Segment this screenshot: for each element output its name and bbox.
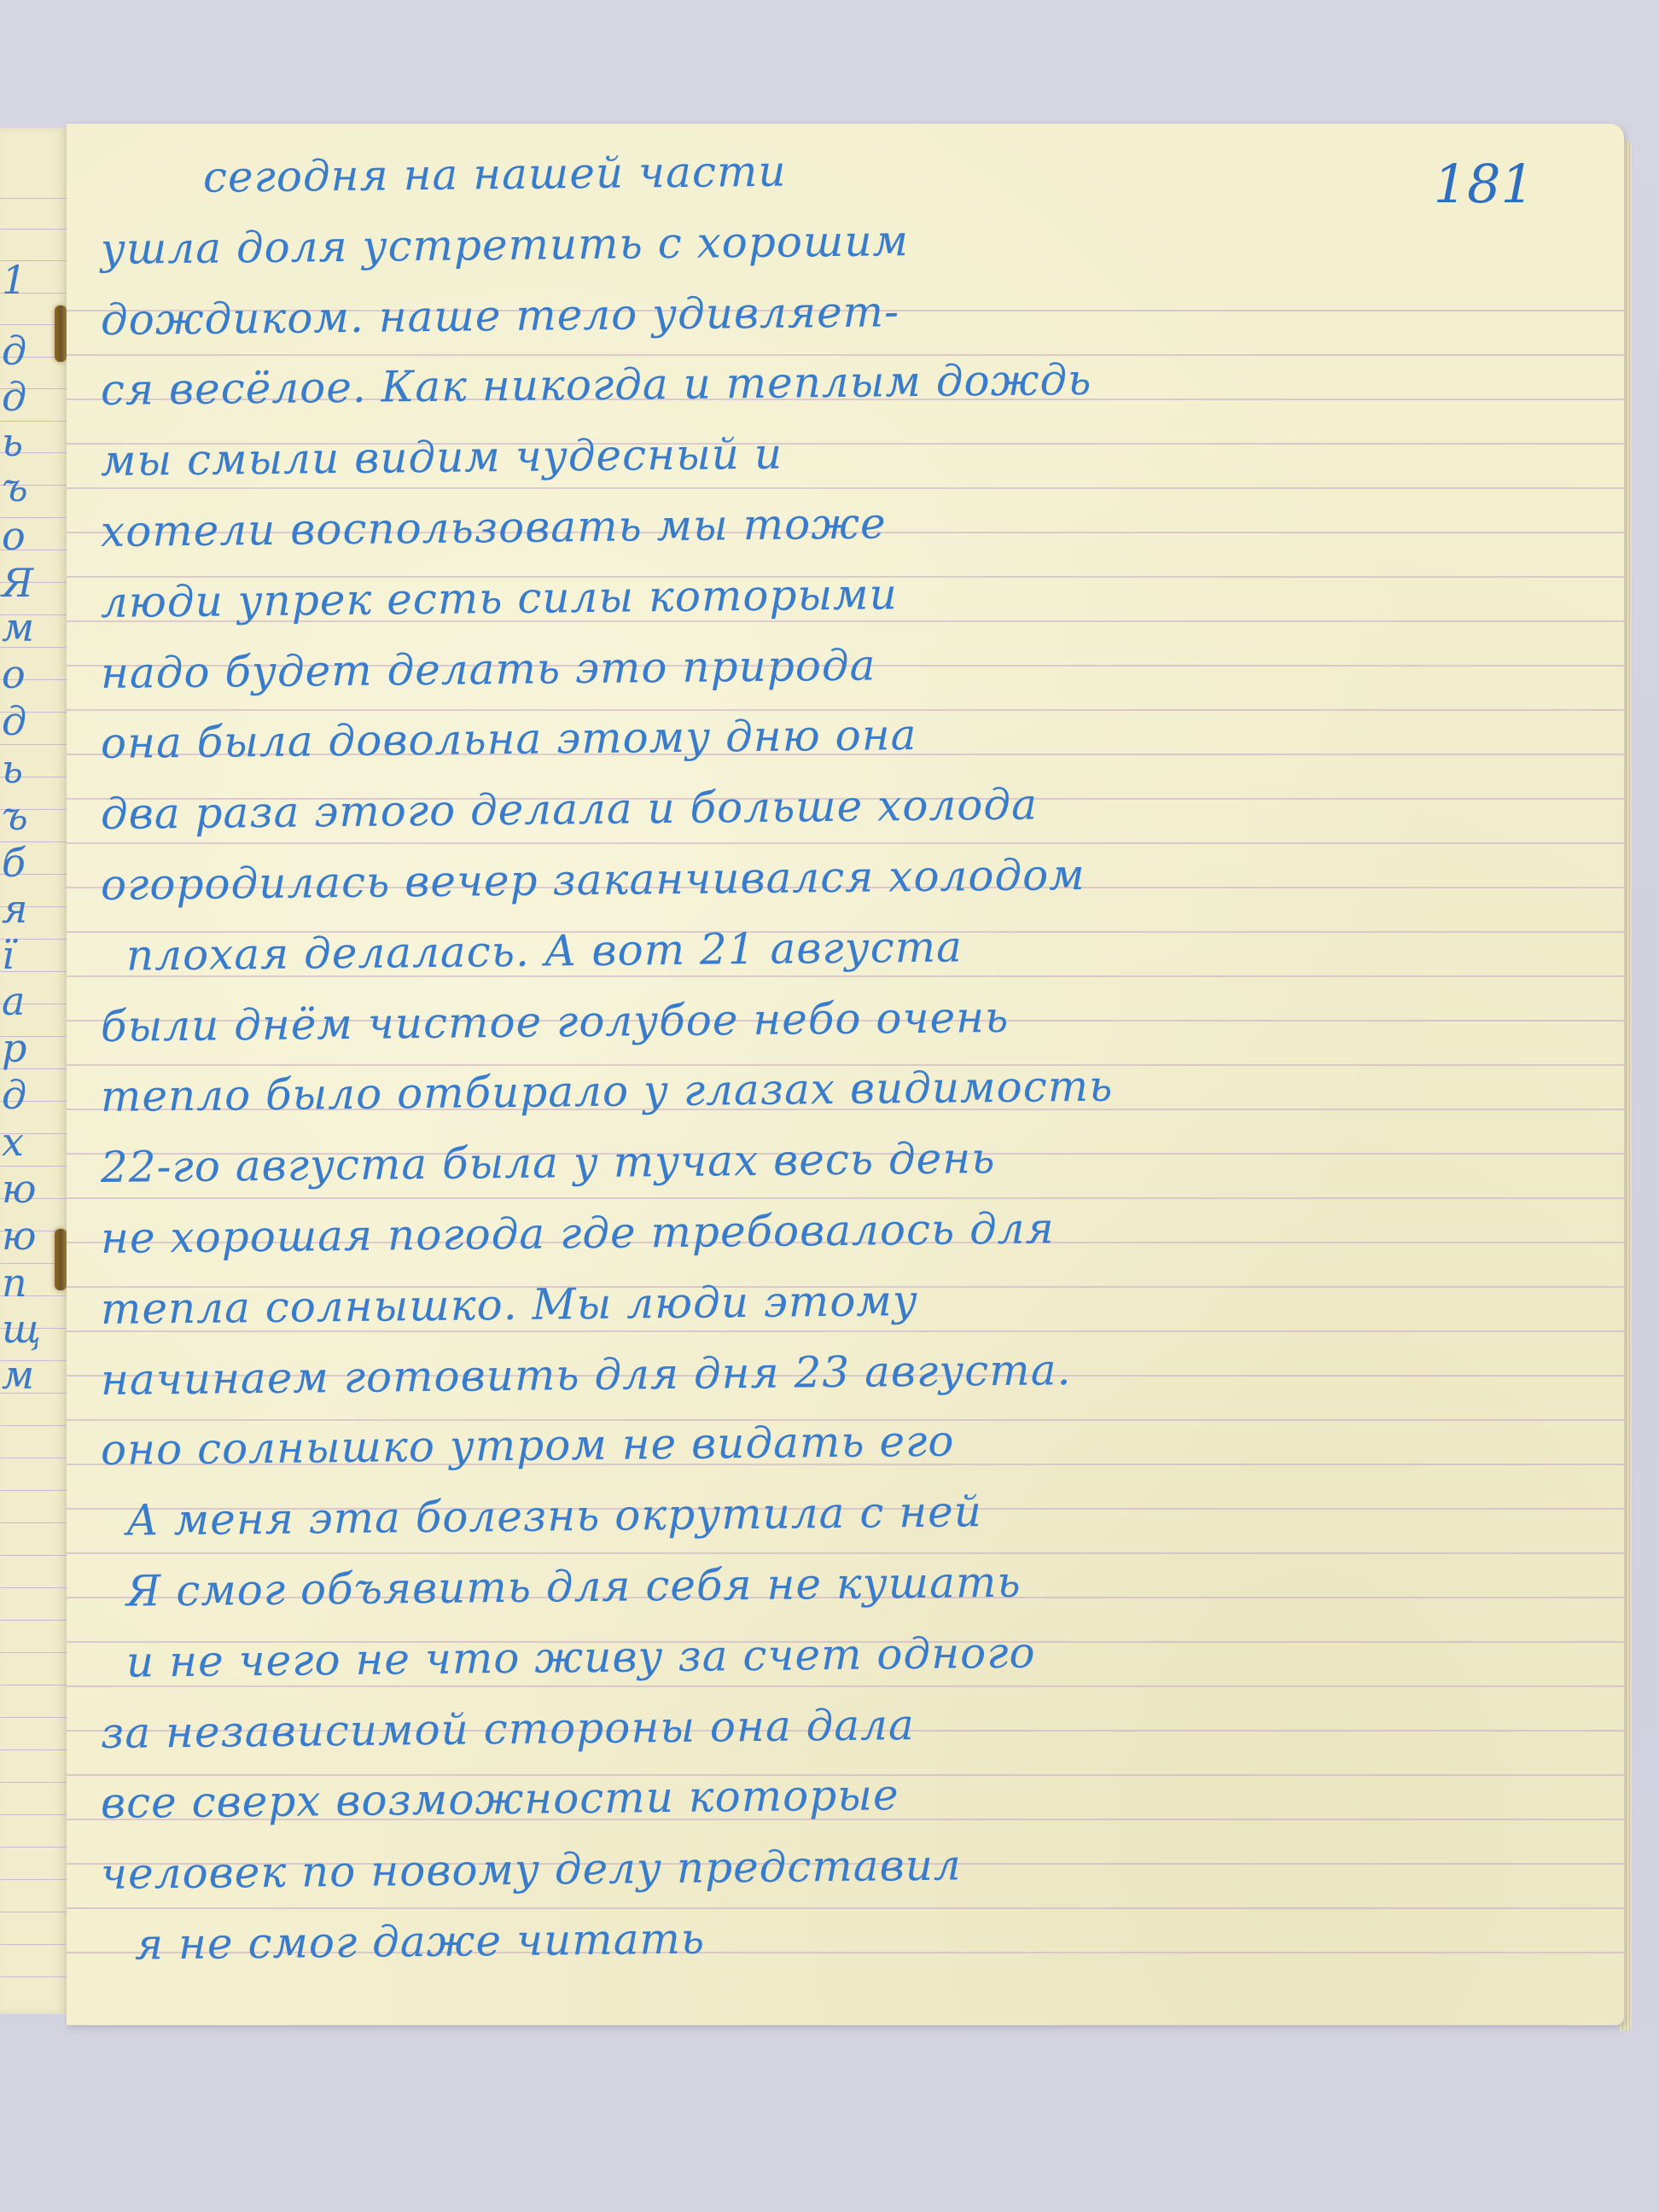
ruled-line [0, 1555, 67, 1556]
left-margin-glyph: Я [2, 563, 33, 602]
text-line: сегодня на нашей части [101, 140, 1611, 201]
ruled-line [0, 1425, 67, 1426]
text-line: огородилась вечер заканчивался холодом [101, 847, 1611, 907]
left-margin-glyph: д [2, 1075, 26, 1115]
ruled-line [0, 1782, 67, 1783]
ruled-line [0, 1749, 67, 1750]
notebook-page: 181 сегодня на нашей части ушла доля уст… [67, 124, 1624, 2025]
ruled-line [0, 1587, 67, 1588]
left-margin-glyph: а [2, 981, 25, 1021]
text-line: были днём чистое голубое небо очень [101, 988, 1611, 1049]
left-margin-glyph: п [2, 1263, 27, 1302]
text-line: ушла доля устретить с хорошим [101, 211, 1611, 271]
text-line: дождиком. наше тело удивляет- [101, 282, 1611, 342]
ruled-line [0, 1522, 67, 1523]
left-margin-glyph: ъ [2, 468, 28, 507]
left-margin-glyph: р [2, 1028, 26, 1068]
ruled-line [0, 1490, 67, 1491]
ruled-line [0, 1685, 67, 1685]
binding-staple-top [55, 306, 67, 362]
text-line: ся весёлое. Как никогда и теплым дождь [101, 352, 1611, 413]
text-line: за независимой стороны она дала [101, 1695, 1611, 1755]
left-margin-glyph: о [2, 516, 26, 556]
text-line: два раза этого делала и больше холода [101, 777, 1611, 837]
text-line: 22-го августа была у тучах весь день [101, 1130, 1611, 1190]
text-line: она была довольна этому дню она [101, 706, 1611, 766]
text-line: плохая делалась. А вот 21 августа [101, 917, 1611, 978]
left-margin-glyph: я [2, 889, 27, 928]
binding-staple-bottom [55, 1229, 67, 1290]
left-margin-glyph: ь [2, 422, 23, 462]
left-margin-glyph: ъ [2, 796, 28, 835]
ruled-line [0, 1814, 67, 1815]
ruled-line [0, 1944, 67, 1945]
text-line: люди упрек есть силы которыми [101, 564, 1611, 625]
text-line: начинаем готовить для дня 23 августа. [101, 1342, 1611, 1402]
left-margin-glyph: д [2, 701, 26, 741]
left-margin-glyph: м [2, 1355, 34, 1394]
text-line: Я смог объявить для себя не кушать [101, 1553, 1611, 1614]
left-margin-glyph: ю [2, 1169, 37, 1208]
ruled-line [0, 1652, 67, 1653]
left-margin-glyph: б [2, 843, 26, 882]
text-line: мы смыли видим чудесный и [101, 423, 1611, 484]
left-margin-glyph: х [2, 1122, 24, 1161]
ruled-line [0, 1912, 67, 1912]
left-margin-glyph: щ [2, 1309, 41, 1348]
left-margin-glyph: о [2, 655, 26, 694]
left-margin-glyph: ь [2, 749, 23, 789]
text-line: хотели воспользовать мы тоже [101, 493, 1611, 554]
ruled-line [0, 198, 67, 199]
text-line: надо будет делать это природа [101, 635, 1611, 696]
left-margin-glyph: д [2, 331, 26, 370]
text-line: я не смог даже читать [101, 1906, 1611, 1967]
left-page-edge: 1 д д ь ъ о Я м о д ь ъ б я ї а р д х ю … [0, 128, 68, 2014]
text-line: все сверх возможности которые [101, 1766, 1611, 1826]
text-line: оно солнышко утром не видать его [101, 1412, 1611, 1473]
ruled-line [0, 1717, 67, 1718]
left-margin-glyph: ї [2, 935, 15, 975]
ruled-line [0, 1458, 67, 1458]
ruled-line [0, 744, 67, 745]
left-margin-glyph: д [2, 377, 26, 416]
text-line: не хорошая погода где требовалось для [101, 1200, 1611, 1260]
ruled-line [0, 1847, 67, 1848]
ruled-line [0, 229, 67, 230]
text-line: человек по новому делу представил [101, 1837, 1611, 1897]
handwritten-text: сегодня на нашей части ушла доля устрети… [101, 156, 1611, 1968]
ruled-line [0, 1620, 67, 1621]
text-line: А меня эта болезнь окрутила с ней [101, 1483, 1611, 1544]
text-line: тепло было отбирало у глазах видимость [101, 1059, 1611, 1120]
left-margin-glyph: ю [2, 1216, 37, 1255]
ruled-line [0, 1879, 67, 1880]
text-line: тепла солнышко. Мы люди этому [101, 1271, 1611, 1331]
text-line: и не чего не что живу за счет одного [101, 1624, 1611, 1685]
ruled-line [0, 1976, 67, 1977]
left-margin-glyph: м [2, 608, 34, 647]
left-margin-glyph: 1 [2, 260, 26, 300]
